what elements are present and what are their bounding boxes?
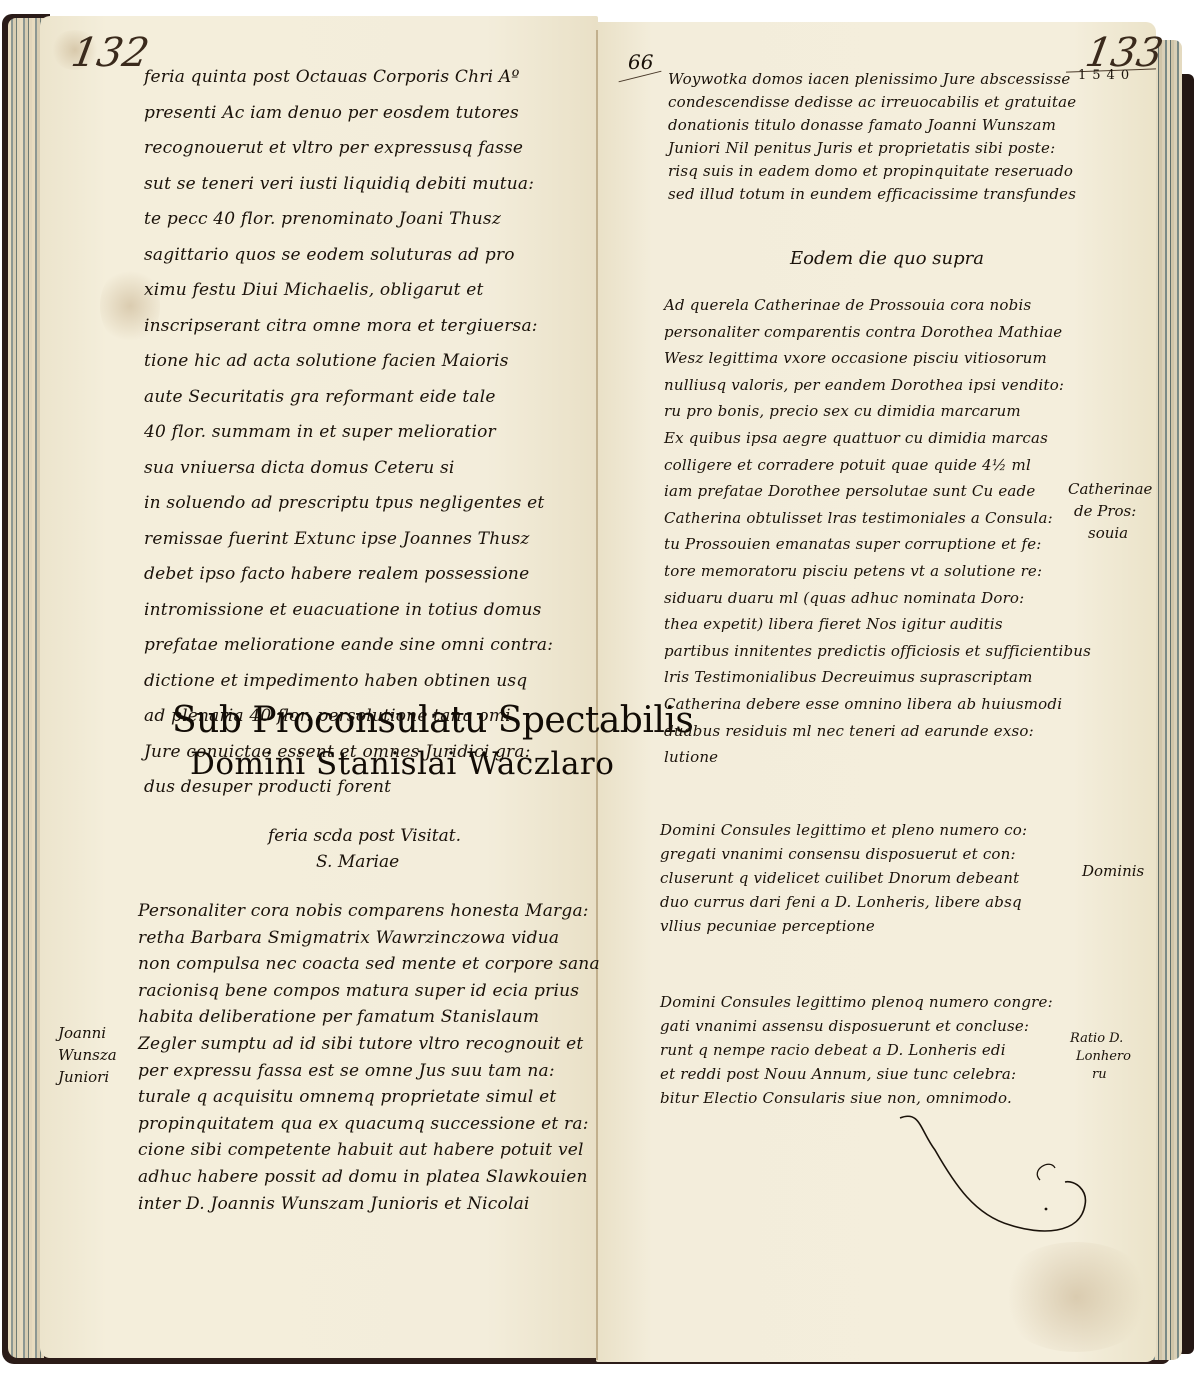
text-line: donationis titulo donasse famato Joanni …: [668, 114, 1076, 137]
text-line: duabus residuis ml nec teneri ad earunde…: [664, 718, 1091, 745]
right-entry-4: Domini Consules legittimo plenoq numero …: [660, 990, 1053, 1110]
margin-note-right-1: Catherinae de Pros: souia: [1068, 478, 1152, 544]
text-line: in soluendo ad prescriptu tpus negligent…: [144, 486, 553, 522]
sub-heading: Eodem die quo supra: [790, 248, 984, 269]
text-line: Juniori Nil penitus Juris et proprietati…: [668, 137, 1076, 160]
text-line: habita deliberatione per famatum Stanisl…: [138, 1004, 600, 1031]
text-line: tu Prossouien emanatas super corruptione…: [664, 531, 1091, 558]
date-line-2: S. Mariae: [316, 852, 399, 872]
text-line: ximu festu Diui Michaelis, obligarut et: [144, 273, 553, 309]
margin-note-right-2: Dominis: [1082, 860, 1144, 882]
folio-number-left: 132: [68, 30, 152, 76]
text-line: adhuc habere possit ad domu in platea Sl…: [138, 1164, 600, 1191]
text-line: condescendisse dedisse ac irreuocabilis …: [668, 91, 1076, 114]
section-heading-line-2: Domini Stanislai Waczlaro: [190, 746, 614, 782]
text-line: gati vnanimi assensu disposuerunt et con…: [660, 1014, 1053, 1038]
margin-line: Dominis: [1082, 860, 1144, 882]
text-line: personaliter comparentis contra Dorothea…: [664, 319, 1091, 346]
text-line: lris Testimonialibus Decreuimus suprascr…: [664, 664, 1091, 691]
text-line: retha Barbara Smigmatrix Wawrzinczowa vi…: [138, 925, 600, 952]
text-line: thea expetit) libera fieret Nos igitur a…: [664, 611, 1091, 638]
text-line: iam prefatae Dorothee persolutae sunt Cu…: [664, 478, 1091, 505]
margin-line: Joanni: [58, 1022, 117, 1044]
right-entry-1: Woywotka domos iacen plenissimo Jure abs…: [668, 68, 1076, 206]
left-entry-1: feria quinta post Octauas Corporis Chri …: [144, 60, 553, 806]
left-entry-2: Personaliter cora nobis comparens honest…: [138, 898, 600, 1217]
margin-line: de Pros:: [1068, 500, 1152, 522]
text-line: remissae fuerint Extunc ipse Joannes Thu…: [144, 522, 553, 558]
margin-line: Catherinae: [1068, 478, 1152, 500]
text-line: tore memoratoru pisciu petens vt a solut…: [664, 558, 1091, 585]
text-line: nulliusq valoris, per eandem Dorothea ip…: [664, 372, 1091, 399]
text-line: racionisq bene compos matura super id ec…: [138, 978, 600, 1005]
text-line: non compulsa nec coacta sed mente et cor…: [138, 951, 600, 978]
text-line: partibus innitentes predictis officiosis…: [664, 638, 1091, 665]
text-line: bitur Electio Consularis siue non, omnim…: [660, 1086, 1053, 1110]
margin-line: ru: [1070, 1066, 1131, 1084]
text-line: sut se teneri veri iusti liquidiq debiti…: [144, 167, 553, 203]
text-line: te pecc 40 flor. prenominato Joani Thusz: [144, 202, 553, 238]
closing-flourish: [880, 1110, 1090, 1260]
text-line: Catherina obtulisset lras testimoniales …: [664, 505, 1091, 532]
margin-note-right-3: Ratio D. Lonhero ru: [1070, 1030, 1131, 1084]
section-heading-line-1: Sub Proconsulatu Spectabilis: [172, 700, 693, 741]
text-line: Domini Consules legittimo plenoq numero …: [660, 990, 1053, 1014]
text-line: siduaru duaru ml (quas adhuc nominata Do…: [664, 585, 1091, 612]
margin-line: Ratio D.: [1070, 1030, 1131, 1048]
text-line: Ad querela Catherinae de Prossouia cora …: [664, 292, 1091, 319]
margin-line: Juniori: [58, 1066, 117, 1088]
margin-line: Wunsza: [58, 1044, 117, 1066]
text-line: duo currus dari feni a D. Lonheris, libe…: [660, 890, 1027, 914]
text-line: feria quinta post Octauas Corporis Chri …: [144, 60, 553, 96]
text-line: per expressu fassa est se omne Jus suu t…: [138, 1058, 600, 1085]
text-line: 40 flor. summam in et super melioratior: [144, 415, 553, 451]
text-line: Wesz legittima vxore occasione pisciu vi…: [664, 345, 1091, 372]
text-line: propinquitatem qua ex quacumq succession…: [138, 1111, 600, 1138]
text-line: et reddi post Nouu Annum, siue tunc cele…: [660, 1062, 1053, 1086]
text-line: cione sibi competente habuit aut habere …: [138, 1137, 600, 1164]
text-line: dictione et impedimento haben obtinen us…: [144, 664, 553, 700]
right-entry-2: Ad querela Catherinae de Prossouia cora …: [664, 292, 1091, 771]
date-line-1: feria scda post Visitat.: [268, 826, 461, 846]
text-line: sed illud totum in eundem efficacissime …: [668, 183, 1076, 206]
text-line: runt q nempe racio debeat a D. Lonheris …: [660, 1038, 1053, 1062]
text-line: lutione: [664, 744, 1091, 771]
text-line: tione hic ad acta solutione facien Maior…: [144, 344, 553, 380]
right-entry-3: Domini Consules legittimo et pleno numer…: [660, 818, 1027, 938]
margin-line: Lonhero: [1070, 1048, 1131, 1066]
page-edges-left: [8, 18, 44, 1358]
margin-note-left: Joanni Wunsza Juniori: [58, 1022, 117, 1088]
text-line: vllius pecuniae perceptione: [660, 914, 1027, 938]
text-line: sagittario quos se eodem soluturas ad pr…: [144, 238, 553, 274]
text-line: prefatae melioratione eande sine omni co…: [144, 628, 553, 664]
text-line: risq suis in eadem domo et propinquitate…: [668, 160, 1076, 183]
text-line: inscripserant citra omne mora et tergiue…: [144, 309, 553, 345]
text-line: Domini Consules legittimo et pleno numer…: [660, 818, 1027, 842]
text-line: Zegler sumptu ad id sibi tutore vltro re…: [138, 1031, 600, 1058]
text-line: turale q acquisitu omnemq proprietate si…: [138, 1084, 600, 1111]
text-line: intromissione et euacuatione in totius d…: [144, 593, 553, 629]
text-line: inter D. Joannis Wunszam Junioris et Nic…: [138, 1191, 600, 1218]
text-line: sua vniuersa dicta domus Ceteru si: [144, 451, 553, 487]
text-line: Personaliter cora nobis comparens honest…: [138, 898, 600, 925]
text-line: Ex quibus ipsa aegre quattuor cu dimidia…: [664, 425, 1091, 452]
text-line: aute Securitatis gra reformant eide tale: [144, 380, 553, 416]
text-line: ru pro bonis, precio sex cu dimidia marc…: [664, 398, 1091, 425]
text-line: presenti Ac iam denuo per eosdem tutores: [144, 96, 553, 132]
text-line: Woywotka domos iacen plenissimo Jure abs…: [668, 68, 1076, 91]
text-line: debet ipso facto habere realem possessio…: [144, 557, 553, 593]
text-line: colligere et corradere potuit quae quide…: [664, 452, 1091, 479]
open-manuscript-book: 132 feria quinta post Octauas Corporis C…: [0, 0, 1194, 1379]
text-line: gregati vnanimi consensu disposuerut et …: [660, 842, 1027, 866]
secondary-folio-number: 66: [628, 50, 653, 74]
text-line: recognouerut et vltro per expressusq fas…: [144, 131, 553, 167]
margin-line: souia: [1068, 522, 1152, 544]
year-label: 1540: [1078, 68, 1135, 83]
text-line: Catherina debere esse omnino libera ab h…: [664, 691, 1091, 718]
text-line: cluserunt q videlicet cuilibet Dnorum de…: [660, 866, 1027, 890]
